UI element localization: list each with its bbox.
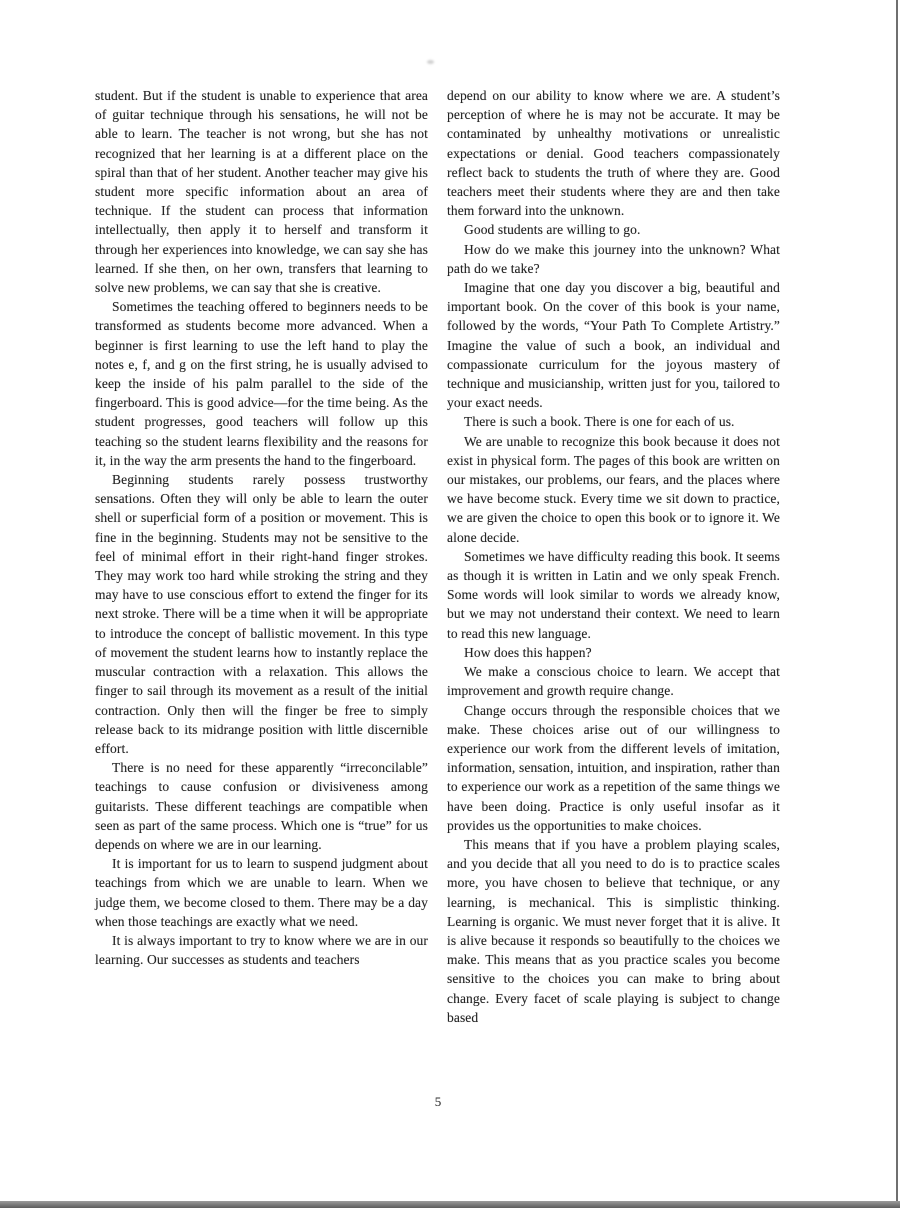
paragraph: There is no need for these apparently “i… (95, 758, 428, 854)
right-scan-edge (896, 0, 898, 1208)
page-number: 5 (95, 1094, 781, 1110)
paragraph: There is such a book. There is one for e… (447, 412, 780, 431)
paragraph: It is important for us to learn to suspe… (95, 854, 428, 931)
paragraph: We are unable to recognize this book bec… (447, 432, 780, 547)
paragraph: We make a conscious choice to learn. We … (447, 662, 780, 700)
bottom-scan-edge (0, 1201, 900, 1208)
scanned-book-page: student. But if the student is unable to… (0, 0, 900, 1208)
paragraph: Good students are willing to go. (447, 220, 780, 239)
paragraph: This means that if you have a problem pl… (447, 835, 780, 1027)
paragraph: depend on our ability to know where we a… (447, 86, 780, 220)
paragraph: Beginning students rarely possess trustw… (95, 470, 428, 758)
paragraph: Sometimes the teaching offered to beginn… (95, 297, 428, 470)
text-column-right: depend on our ability to know where we a… (447, 86, 780, 1027)
text-column-left: student. But if the student is unable to… (95, 86, 428, 1027)
paragraph: Sometimes we have difficulty reading thi… (447, 547, 780, 643)
paragraph: It is always important to try to know wh… (95, 931, 428, 969)
paragraph: student. But if the student is unable to… (95, 86, 428, 297)
paragraph: Imagine that one day you discover a big,… (447, 278, 780, 412)
paragraph: How do we make this journey into the unk… (447, 240, 780, 278)
paragraph: How does this happen? (447, 643, 780, 662)
text-columns: student. But if the student is unable to… (95, 86, 781, 1027)
paragraph: Change occurs through the responsible ch… (447, 701, 780, 835)
scan-smudge (427, 60, 434, 64)
